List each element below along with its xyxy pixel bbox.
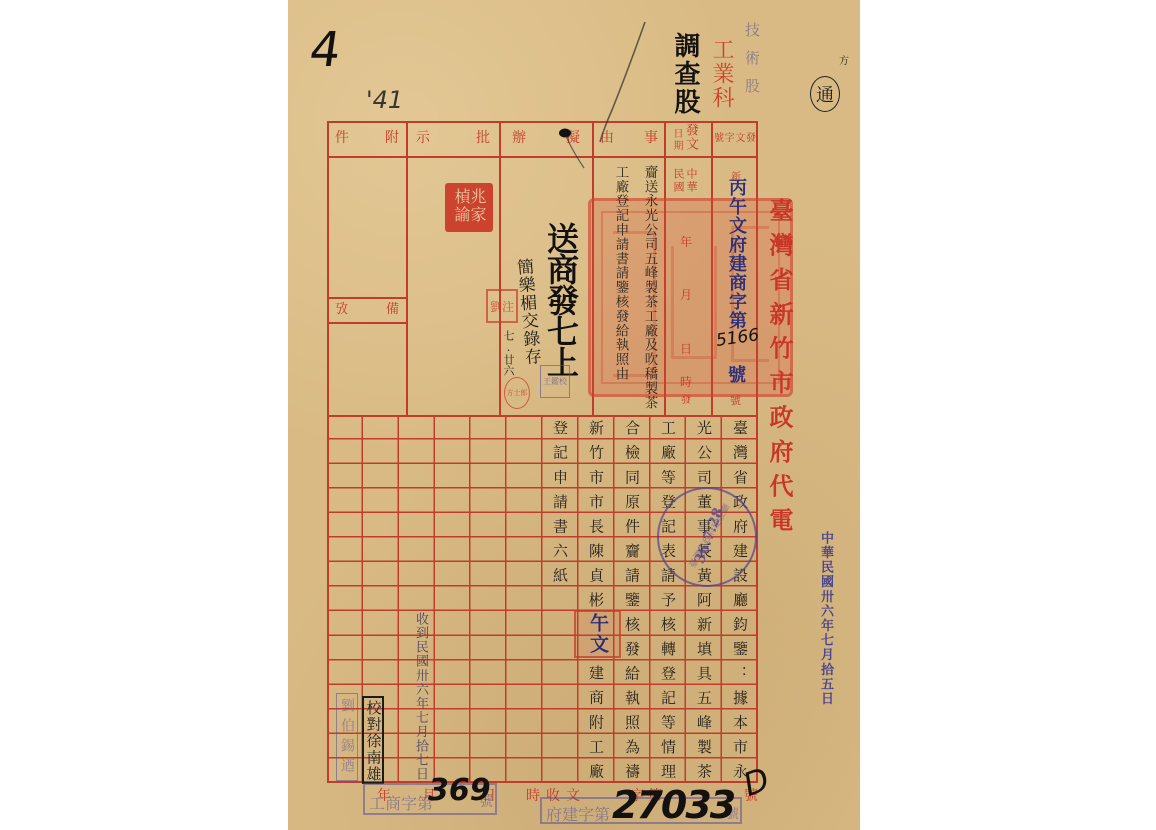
circled-mark: 通 <box>810 76 840 112</box>
header-proposal: 擬 辦 <box>512 131 580 145</box>
proofreader-stamp-text: 校對徐南雄 <box>366 700 381 782</box>
header-subject: 事 由 <box>600 131 658 145</box>
header-instruction: 批 示 <box>416 131 490 145</box>
body-column-5: 新竹市市長陳貞彬 <box>588 420 603 616</box>
department-stamp: 工業科 <box>710 38 732 110</box>
header-doc-number: 發 文 字 號 <box>714 134 756 144</box>
folio-number-handwritten: '41 <box>366 88 403 112</box>
header-char: 由 <box>600 131 614 145</box>
instruction-seal: 兆家楨諭 <box>445 183 493 232</box>
header-char: 件 <box>335 131 349 145</box>
body-column-5-tail: 建商附工廠 <box>588 665 603 788</box>
header-char: 號 <box>714 134 724 144</box>
date-year-label: 年 <box>680 233 692 250</box>
header-char: 擬 <box>566 131 580 145</box>
round-stamp-date: 36.7.28 <box>692 508 726 566</box>
small-mark: 方 <box>839 52 849 67</box>
footer-stamp-2-number: 27033 <box>612 786 734 824</box>
date-era-1: 中華 <box>686 168 697 194</box>
divider <box>406 121 408 415</box>
header-char: 辦 <box>512 131 526 145</box>
body-text-grid <box>327 415 758 783</box>
header-char: 批 <box>476 131 490 145</box>
doc-number-suffix-stamp: 號 <box>728 361 746 387</box>
signature-stamp: 午文 <box>574 610 621 658</box>
body-column-3: 工廠等登記表請予核轉登記等情理 <box>660 420 675 788</box>
seal-glyph-stroke <box>671 246 717 359</box>
header-char: 發 <box>746 134 756 144</box>
header-char: 示 <box>416 131 430 145</box>
proofreader-stamp: 校對徐南雄 <box>362 696 384 784</box>
header-date-top: 發文 <box>684 123 697 151</box>
body-column-6: 登記申請書六紙 <box>552 420 567 592</box>
remarks-line-top <box>327 297 407 299</box>
date-era-2: 民國 <box>673 168 684 194</box>
purple-section-stamp: 技術股 <box>744 22 759 106</box>
date-sent-label: 發 <box>681 391 691 406</box>
header-char: 文 <box>735 134 745 144</box>
subject-line-2: 工廠登記申請書請鑒核發給執照由 <box>613 165 627 381</box>
red-round-seal: 方士郎 <box>504 377 530 409</box>
clerk-stamp: 劉伯錫迺 <box>336 693 358 781</box>
date-hour-label: 時 <box>680 373 692 390</box>
proposal-handwritten-main: 送商發七上 <box>545 222 577 377</box>
clerk-stamp-text: 劉伯錫迺 <box>340 698 354 780</box>
header-attachment: 附 件 <box>335 131 399 145</box>
footer-stamp-2-prefix: 府建字第 <box>546 802 610 825</box>
date-month-label: 月 <box>680 286 692 303</box>
header-char: 附 <box>385 131 399 145</box>
remarks-label: 備 攷 <box>335 303 399 316</box>
date-day-label: 日 <box>680 340 692 357</box>
received-date-text: 收到民國卅六年七月拾七日 <box>414 612 427 781</box>
header-underline <box>327 156 758 158</box>
doc-number-stamp: 丙午文府建商字第 <box>727 178 745 330</box>
received-round-stamp: 臺灣省政府建設廳 36.7.28 <box>657 487 757 587</box>
footer-stamp-1-number: 369 <box>428 776 491 806</box>
body-column-1: 臺灣省政府建設廳鈞鑒：據本市永 <box>732 420 747 788</box>
header-char: 事 <box>644 131 658 145</box>
purple-square-seal: 王鑑校 <box>540 365 570 398</box>
proposal-handwritten-date: 七.廿六 <box>503 330 514 376</box>
remarks-char: 攷 <box>335 303 348 316</box>
document-title: 臺灣省新竹市政府代電 <box>767 198 791 542</box>
footer-stamp-1-prefix: 工商字第 <box>369 791 433 814</box>
doc-number-suffix-print: 號 <box>730 392 741 408</box>
signature-stamp-text: 午文 <box>588 613 607 655</box>
subject-line-1: 齎送永光公司五峰製茶工廠及吹穚製茶 <box>642 165 656 410</box>
remarks-line-bottom <box>327 322 407 324</box>
red-square-seal: 劉注 <box>486 289 518 323</box>
body-column-4: 合檢同原件齎請鑒核發給執照為禱 <box>624 420 639 788</box>
seal-text: 兆家楨諭 <box>453 188 485 228</box>
divider <box>499 121 501 415</box>
body-column-2: 光公司董事長黃阿新填具五峰製茶 <box>696 420 711 788</box>
header-char: 字 <box>725 134 735 144</box>
header-date-bottom: 日期 <box>671 128 681 152</box>
dispatch-date-stamp: 中華民國卅六年七月拾五日 <box>819 531 832 706</box>
remarks-char: 備 <box>386 303 399 316</box>
section-handwritten-label: 調查股 <box>672 32 698 116</box>
